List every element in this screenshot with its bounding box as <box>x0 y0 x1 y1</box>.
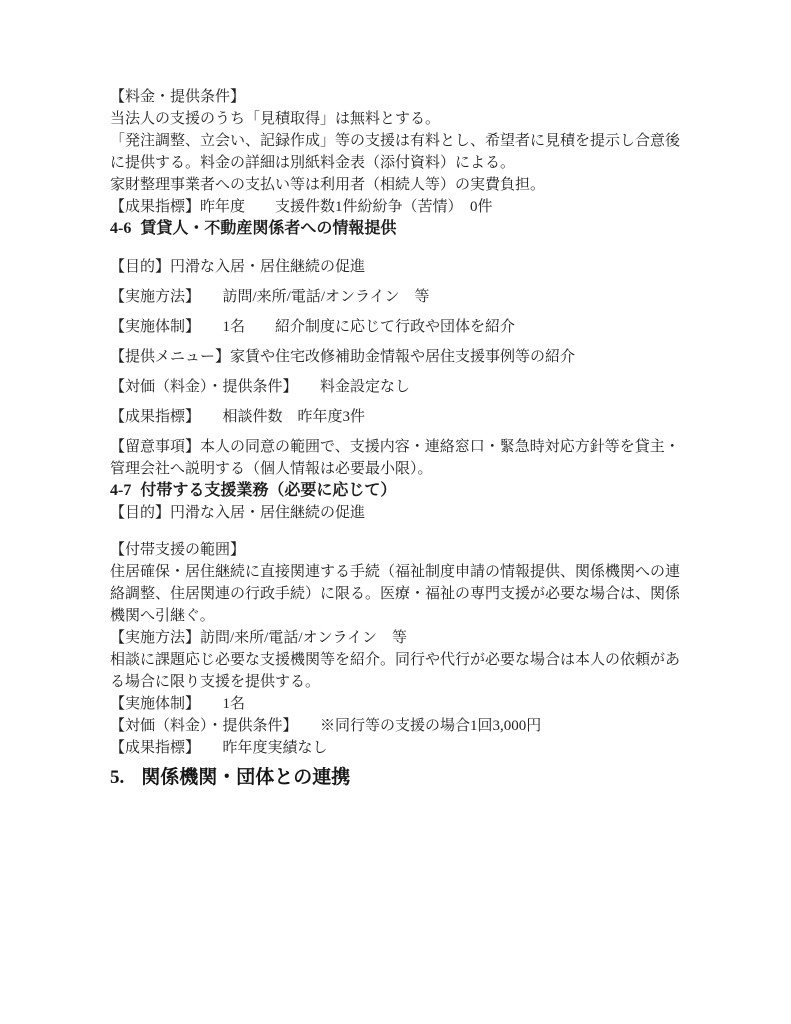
section-5-number: 5. <box>110 767 124 788</box>
method-line: 【実施方法】 訪問/来所/電話/オンライン 等 <box>110 286 685 308</box>
price-conditions-line: 【対価（料金）・提供条件】 ※同行等の支援の場合1回3,000円 <box>110 715 685 737</box>
fee-cost-burden-line: 家財整理事業者への支払い等は利用者（相続人等）の実費負担。 <box>110 174 685 196</box>
fee-conditions-label: 【料金・提供条件】 <box>110 86 685 108</box>
fee-free-line: 当法人の支援のうち「見積取得」は無料とする。 <box>110 108 685 130</box>
menu-line: 【提供メニュー】家賃や住宅改修補助金情報や居住支援事例等の紹介 <box>110 346 685 368</box>
section-4-6-number: 4-6 <box>110 220 131 237</box>
notes-paragraph: 【留意事項】本人の同意の範囲で、支援内容・連絡窓口・緊急時対応方針等を貸主・管理… <box>110 436 685 480</box>
referral-note-paragraph: 相談に課題応じ必要な支援機関等を紹介。同行や代行が必要な場合は本人の依頼がある場… <box>110 649 685 693</box>
fee-paid-paragraph: 「発注調整、立会い、記録作成」等の支援は有料とし、希望者に見積を提示し合意後に提… <box>110 130 685 174</box>
staffing-line: 【実施体制】 1名 紹介制度に応じて行政や団体を紹介 <box>110 316 685 338</box>
document-page: 【料金・提供条件】 当法人の支援のうち「見積取得」は無料とする。 「発注調整、立… <box>0 0 791 1024</box>
section-4-6-title: 賃貸人・不動産関係者への情報提供 <box>140 220 396 237</box>
section-4-6-body: 【目的】円滑な入居・居住継続の促進 【実施方法】 訪問/来所/電話/オンライン … <box>110 256 685 480</box>
scope-body-paragraph: 住居確保・居住継続に直接関連する手続（福祉制度申請の情報提供、関係機関への連絡調… <box>110 561 685 627</box>
section-4-7-body: 【目的】円滑な入居・居住継続の促進 【付帯支援の範囲】 住居確保・居住継続に直接… <box>110 502 685 759</box>
section-5-title: 関係機関・団体との連携 <box>141 767 350 788</box>
section-4-7-number: 4-7 <box>110 482 131 499</box>
outcome-indicator-line: 【成果指標】 相談件数 昨年度3件 <box>110 406 685 428</box>
section-4-7-title: 付帯する支援業務（必要に応じて） <box>140 482 396 499</box>
fee-conditions-section: 【料金・提供条件】 当法人の支援のうち「見積取得」は無料とする。 「発注調整、立… <box>110 86 685 218</box>
fee-outcome-indicator-line: 【成果指標】昨年度 支援件数1件紛紛争（苦情） 0件 <box>110 196 685 218</box>
section-5-heading: 5.関係機関・団体との連携 <box>110 765 685 791</box>
outcome-indicator-line: 【成果指標】 昨年度実績なし <box>110 737 685 759</box>
staffing-line: 【実施体制】 1名 <box>110 693 685 715</box>
section-4-7-heading: 4-7付帯する支援業務（必要に応じて） <box>110 480 685 502</box>
method-line: 【実施方法】訪問/来所/電話/オンライン 等 <box>110 627 685 649</box>
section-4-6-heading: 4-6賃貸人・不動産関係者への情報提供 <box>110 218 685 240</box>
purpose-line: 【目的】円滑な入居・居住継続の促進 <box>110 256 685 278</box>
purpose-line: 【目的】円滑な入居・居住継続の促進 <box>110 502 685 524</box>
attached-support-scope-block: 【付帯支援の範囲】 住居確保・居住継続に直接関連する手続（福祉制度申請の情報提供… <box>110 539 685 649</box>
price-conditions-line: 【対価（料金）・提供条件】 料金設定なし <box>110 376 685 398</box>
scope-label: 【付帯支援の範囲】 <box>110 539 685 561</box>
